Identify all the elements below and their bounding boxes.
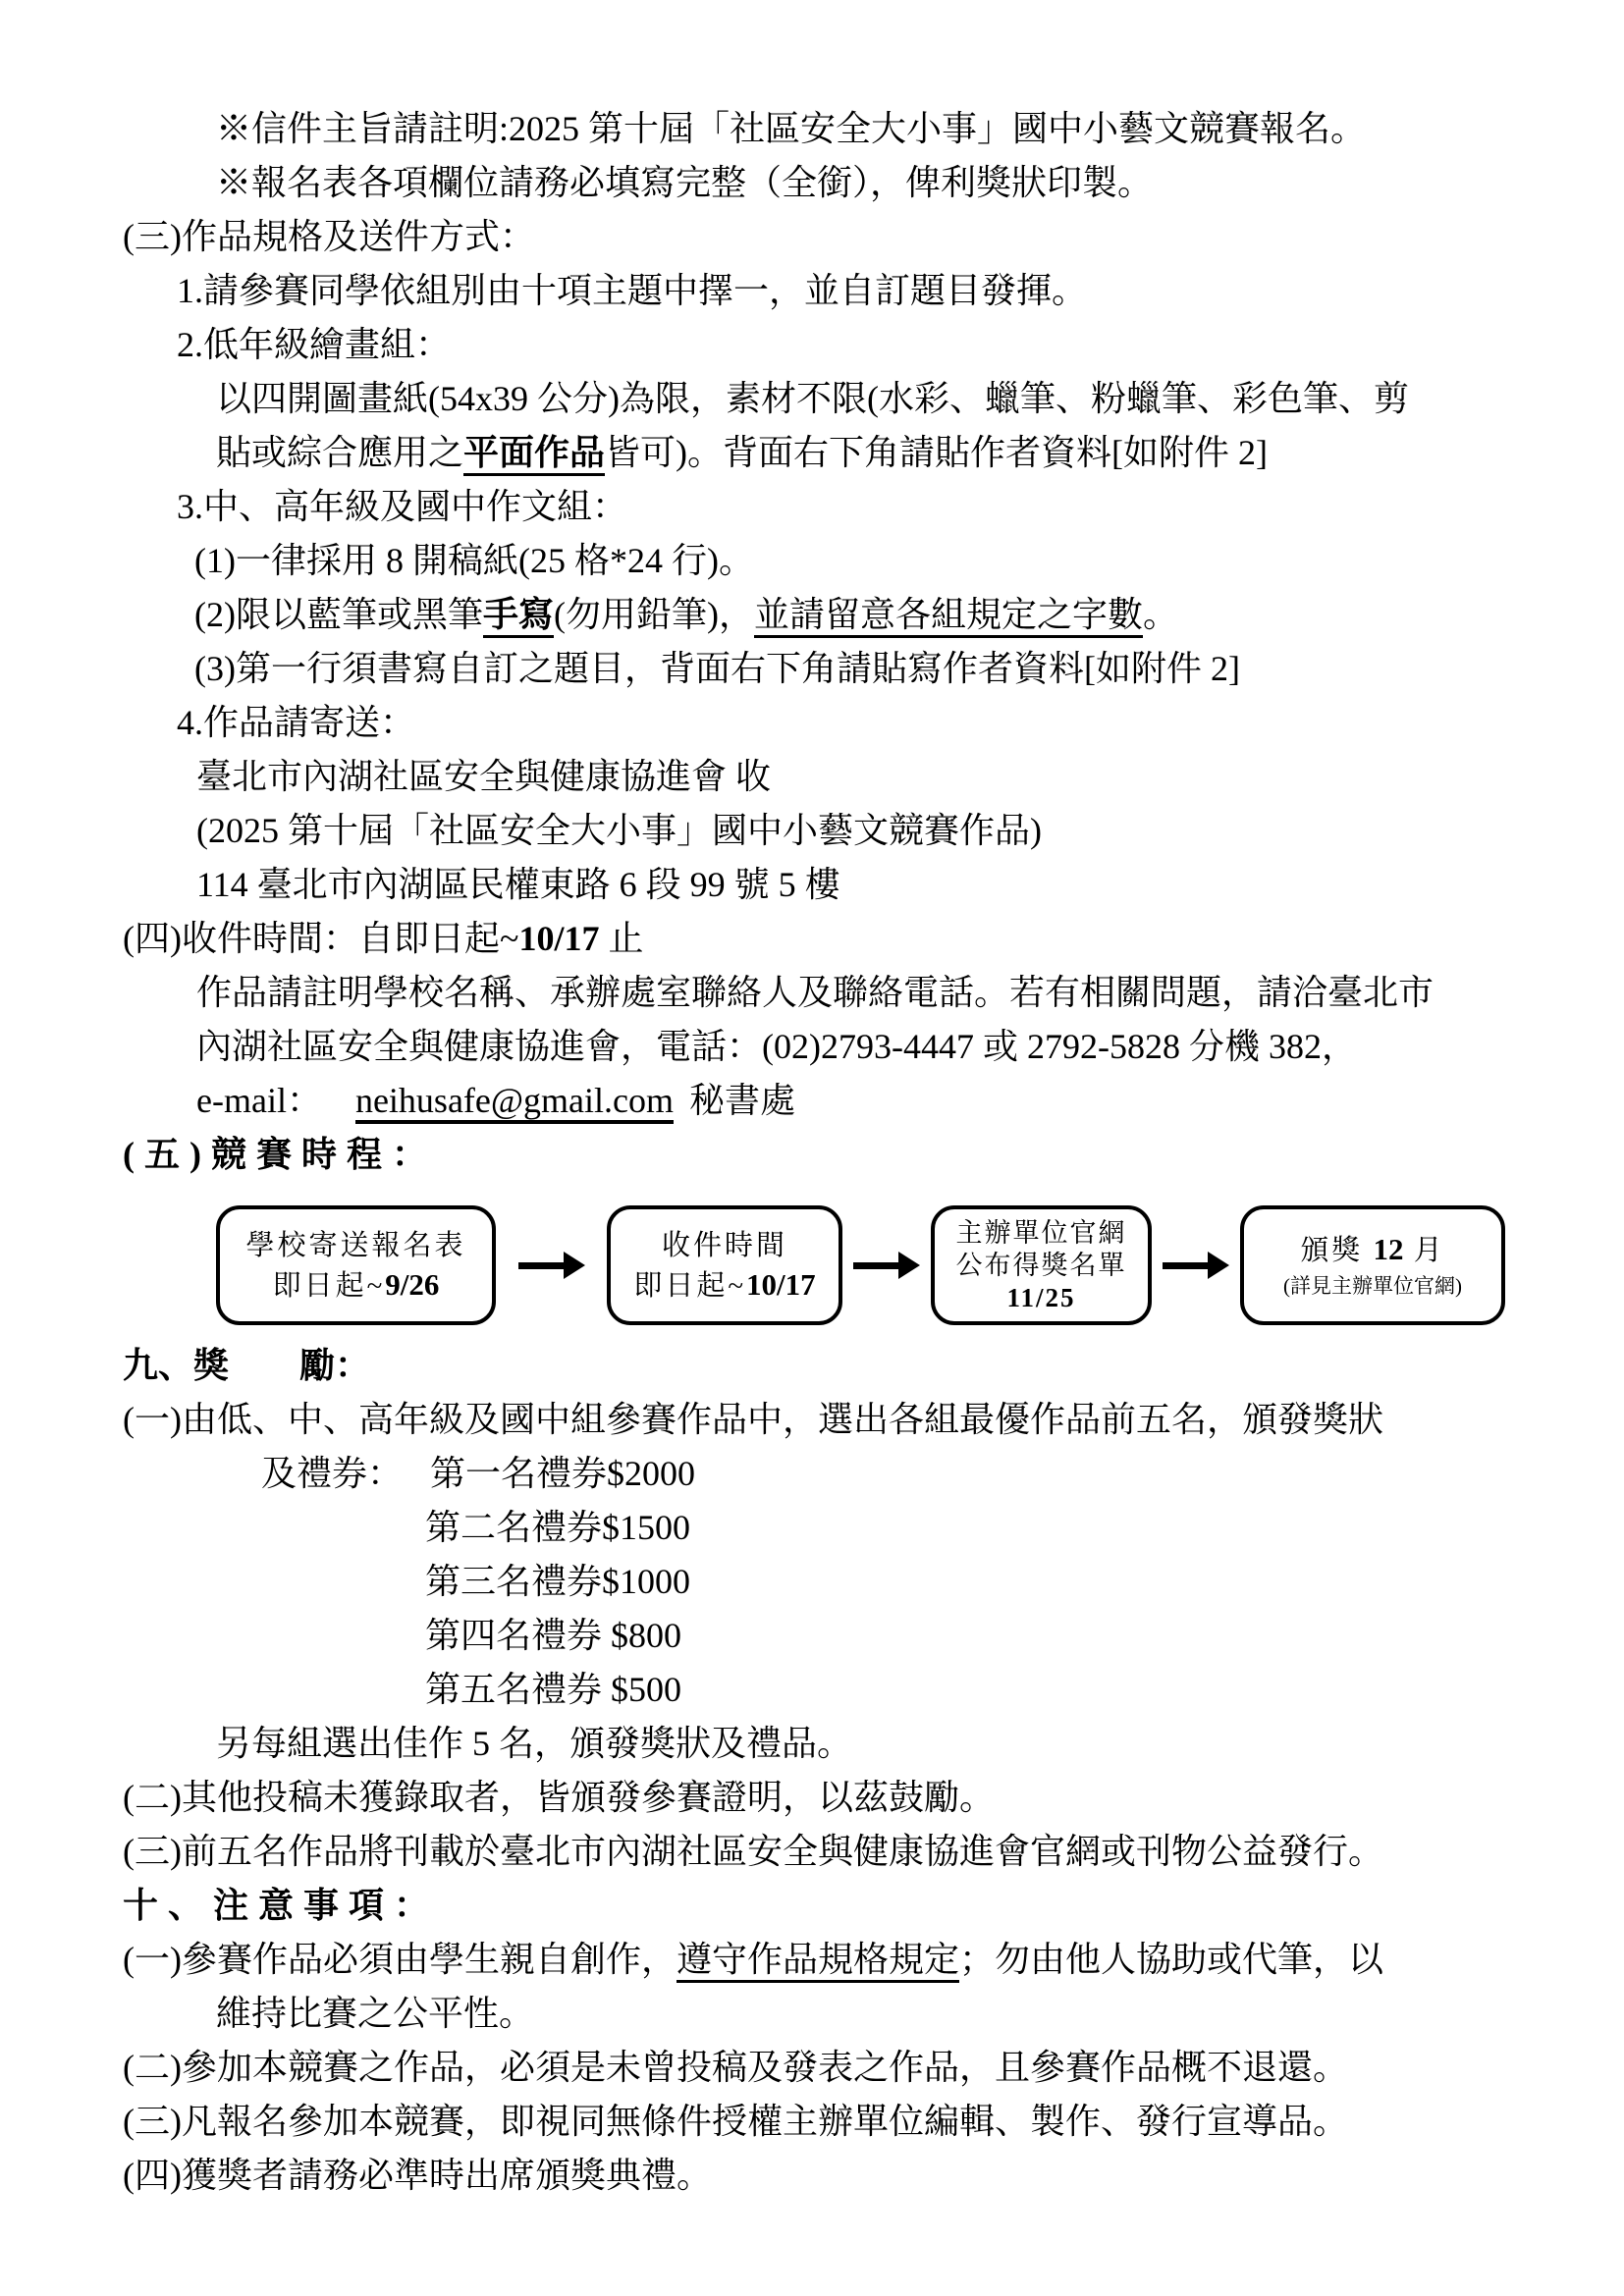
prize-label: 及禮券： xyxy=(261,1454,403,1493)
flow-step-note: (詳見主辦單位官網) xyxy=(1283,1270,1462,1302)
flow-connector xyxy=(496,1262,607,1269)
text-segment: 。 xyxy=(1143,595,1178,634)
section9-title: 九、獎 勵： xyxy=(123,1339,1595,1393)
flow-step-registration: 學校寄送報名表 即日起~9/26 xyxy=(216,1205,496,1325)
flow-step-text: 公布得獎名單 xyxy=(956,1250,1127,1282)
section9-item3: (三)前五名作品將刊載於臺北市內湖社區安全與健康協進會官網或刊物公益發行。 xyxy=(123,1825,1595,1879)
flow-step-date-line: 即日起~9/26 xyxy=(273,1265,440,1306)
prize-line-3: 第三名禮券$1000 xyxy=(425,1555,1595,1609)
section3-item4-title: 4.作品請寄送： xyxy=(177,696,1595,750)
flow-step-text: 收件時間 xyxy=(662,1226,787,1265)
flow-connector xyxy=(1152,1262,1240,1269)
prize-line-4: 第四名禮券 $800 xyxy=(425,1609,1595,1663)
document-page: ※信件主旨請註明:2025 第十屆「社區安全大小事」國中小藝文競賽報名。 ※報名… xyxy=(0,0,1624,2203)
section3-item1: 1.請參賽同學依組別由十項主題中擇一，並自訂題目發揮。 xyxy=(177,264,1595,318)
section9-item1: (一)由低、中、高年級及國中組參賽作品中，選出各組最優作品前五名，頒發獎狀 xyxy=(123,1393,1595,1447)
section4-body-1: 作品請註明學校名稱、承辦處室聯絡人及聯絡電話。若有相關問題，請洽臺北市 xyxy=(196,966,1595,1020)
section3-item2-title: 2.低年級繪畫組： xyxy=(177,318,1595,372)
arrow-right-icon xyxy=(518,1262,564,1269)
text-segment: (一)參賽作品必須由學生親自創作， xyxy=(123,1940,677,1979)
deadline-date: 10/17 xyxy=(518,919,599,958)
email-label: e-mail： xyxy=(196,1081,322,1120)
section3-item3-sub2: (2)限以藍筆或黑筆手寫(勿用鉛筆)，並請留意各組規定之字數。 xyxy=(194,588,1595,642)
section10-item2: (二)參加本競賽之作品，必須是未曾投稿及發表之作品，且參賽作品概不退還。 xyxy=(123,2041,1595,2095)
text-segment: 止 xyxy=(599,919,643,958)
flow-step-collection: 收件時間 即日起~10/17 xyxy=(607,1205,842,1325)
section3-item2-body-1: 以四開圖畫紙(54x39 公分)為限，素材不限(水彩、蠟筆、粉蠟筆、彩色筆、剪 xyxy=(216,372,1595,426)
flow-step-text: 學校寄送報名表 xyxy=(245,1226,465,1265)
text-segment: (四)收件時間：自即日起~ xyxy=(123,919,518,958)
section3-title: (三)作品規格及送件方式： xyxy=(123,210,1595,264)
note-line-1: ※信件主旨請註明:2025 第十屆「社區安全大小事」國中小藝文競賽報名。 xyxy=(216,102,1595,156)
text-segment: 月 xyxy=(1404,1235,1445,1266)
underlined-text: 並請留意各組規定之字數 xyxy=(754,595,1143,638)
section9-item2: (二)其他投稿未獲錄取者，皆頒發參賽證明，以茲鼓勵。 xyxy=(123,1771,1595,1825)
flow-connector xyxy=(842,1262,931,1269)
section5-title: (五)競賽時程： xyxy=(123,1128,1595,1182)
arrow-right-icon xyxy=(853,1262,898,1269)
text-segment: 頒獎 xyxy=(1300,1235,1373,1266)
text-segment: 秘書處 xyxy=(689,1081,795,1120)
section9-item1-extra: 另每組選出佳作 5 名，頒發獎狀及禮品。 xyxy=(216,1717,1595,1771)
section10-item1: (一)參賽作品必須由學生親自創作，遵守作品規格規定；勿由他人協助或代筆，以 xyxy=(123,1933,1595,1987)
email-line: e-mail：neihusafe@gmail.com秘書處 xyxy=(196,1074,1595,1128)
flow-step-date: 12 xyxy=(1374,1232,1404,1266)
mailing-subject: (2025 第十屆「社區安全大小事」國中小藝文競賽作品) xyxy=(196,804,1595,858)
section3-item2-body-2: 貼或綜合應用之平面作品皆可)。背面右下角請貼作者資料[如附件 2] xyxy=(216,426,1595,480)
flow-step-text: 主辦單位官網 xyxy=(956,1217,1127,1250)
section3-item3-sub3: (3)第一行須書寫自訂之題目，背面右下角請貼寫作者資料[如附件 2] xyxy=(194,642,1595,696)
section10-title: 十、注意事項： xyxy=(123,1879,1595,1933)
note-line-2: ※報名表各項欄位請務必填寫完整（全銜），俾利獎狀印製。 xyxy=(216,156,1595,210)
underlined-text: 遵守作品規格規定 xyxy=(677,1940,959,1983)
timeline-flowchart: 學校寄送報名表 即日起~9/26 收件時間 即日起~10/17 主辦單位官網 公… xyxy=(216,1205,1595,1325)
flow-step-date: 10/17 xyxy=(746,1267,816,1302)
section3-item3-title: 3.中、高年級及國中作文組： xyxy=(177,480,1595,534)
text-segment: (勿用鉛筆)， xyxy=(554,595,754,634)
flow-step-awards: 頒獎 12 月 (詳見主辦單位官網) xyxy=(1240,1205,1505,1325)
section10-item4: (四)獲獎者請務必準時出席頒獎典禮。 xyxy=(123,2149,1595,2203)
text-segment: 貼或綜合應用之 xyxy=(216,433,463,472)
mailing-address: 114 臺北市內湖區民權東路 6 段 99 號 5 樓 xyxy=(196,858,1595,912)
section4-title: (四)收件時間：自即日起~10/17 止 xyxy=(123,912,1595,966)
prize-line-2: 第二名禮券$1500 xyxy=(425,1501,1595,1555)
section10-item3: (三)凡報名參加本競賽，即視同無條件授權主辦單位編輯、製作、發行宣導品。 xyxy=(123,2095,1595,2149)
prize-line-5: 第五名禮券 $500 xyxy=(425,1663,1595,1717)
text-segment: ；勿由他人協助或代筆，以 xyxy=(959,1940,1383,1979)
section4-body-2: 內湖社區安全與健康協進會，電話：(02)2793-4447 或 2792-582… xyxy=(196,1020,1595,1074)
flow-step-announcement: 主辦單位官網 公布得獎名單 11/25 xyxy=(931,1205,1152,1325)
mailing-recipient: 臺北市內湖社區安全與健康協進會 收 xyxy=(196,750,1595,804)
prize-value: 第一名禮券$2000 xyxy=(430,1454,695,1493)
flow-step-date-line: 即日起~10/17 xyxy=(633,1265,815,1306)
flow-step-date-line: 頒獎 12 月 xyxy=(1300,1230,1445,1270)
prize-line-1: 及禮券：第一名禮券$2000 xyxy=(261,1447,1595,1501)
text-segment: 皆可)。背面右下角請貼作者資料[如附件 2] xyxy=(605,433,1268,472)
emphasized-text: 平面作品 xyxy=(463,433,605,476)
section3-item3-sub1: (1)一律採用 8 開稿紙(25 格*24 行)。 xyxy=(194,534,1595,588)
text-segment: 即日起~ xyxy=(273,1270,386,1302)
arrow-right-icon xyxy=(1163,1262,1208,1269)
flow-step-date: 11/25 xyxy=(1006,1282,1075,1314)
email-address: neihusafe@gmail.com xyxy=(355,1081,674,1124)
section10-item1-line2: 維持比賽之公平性。 xyxy=(216,1987,1595,2041)
emphasized-text: 手寫 xyxy=(483,595,554,638)
text-segment: 即日起~ xyxy=(633,1270,746,1302)
text-segment: (2)限以藍筆或黑筆 xyxy=(194,595,483,634)
flow-step-date: 9/26 xyxy=(385,1267,439,1302)
